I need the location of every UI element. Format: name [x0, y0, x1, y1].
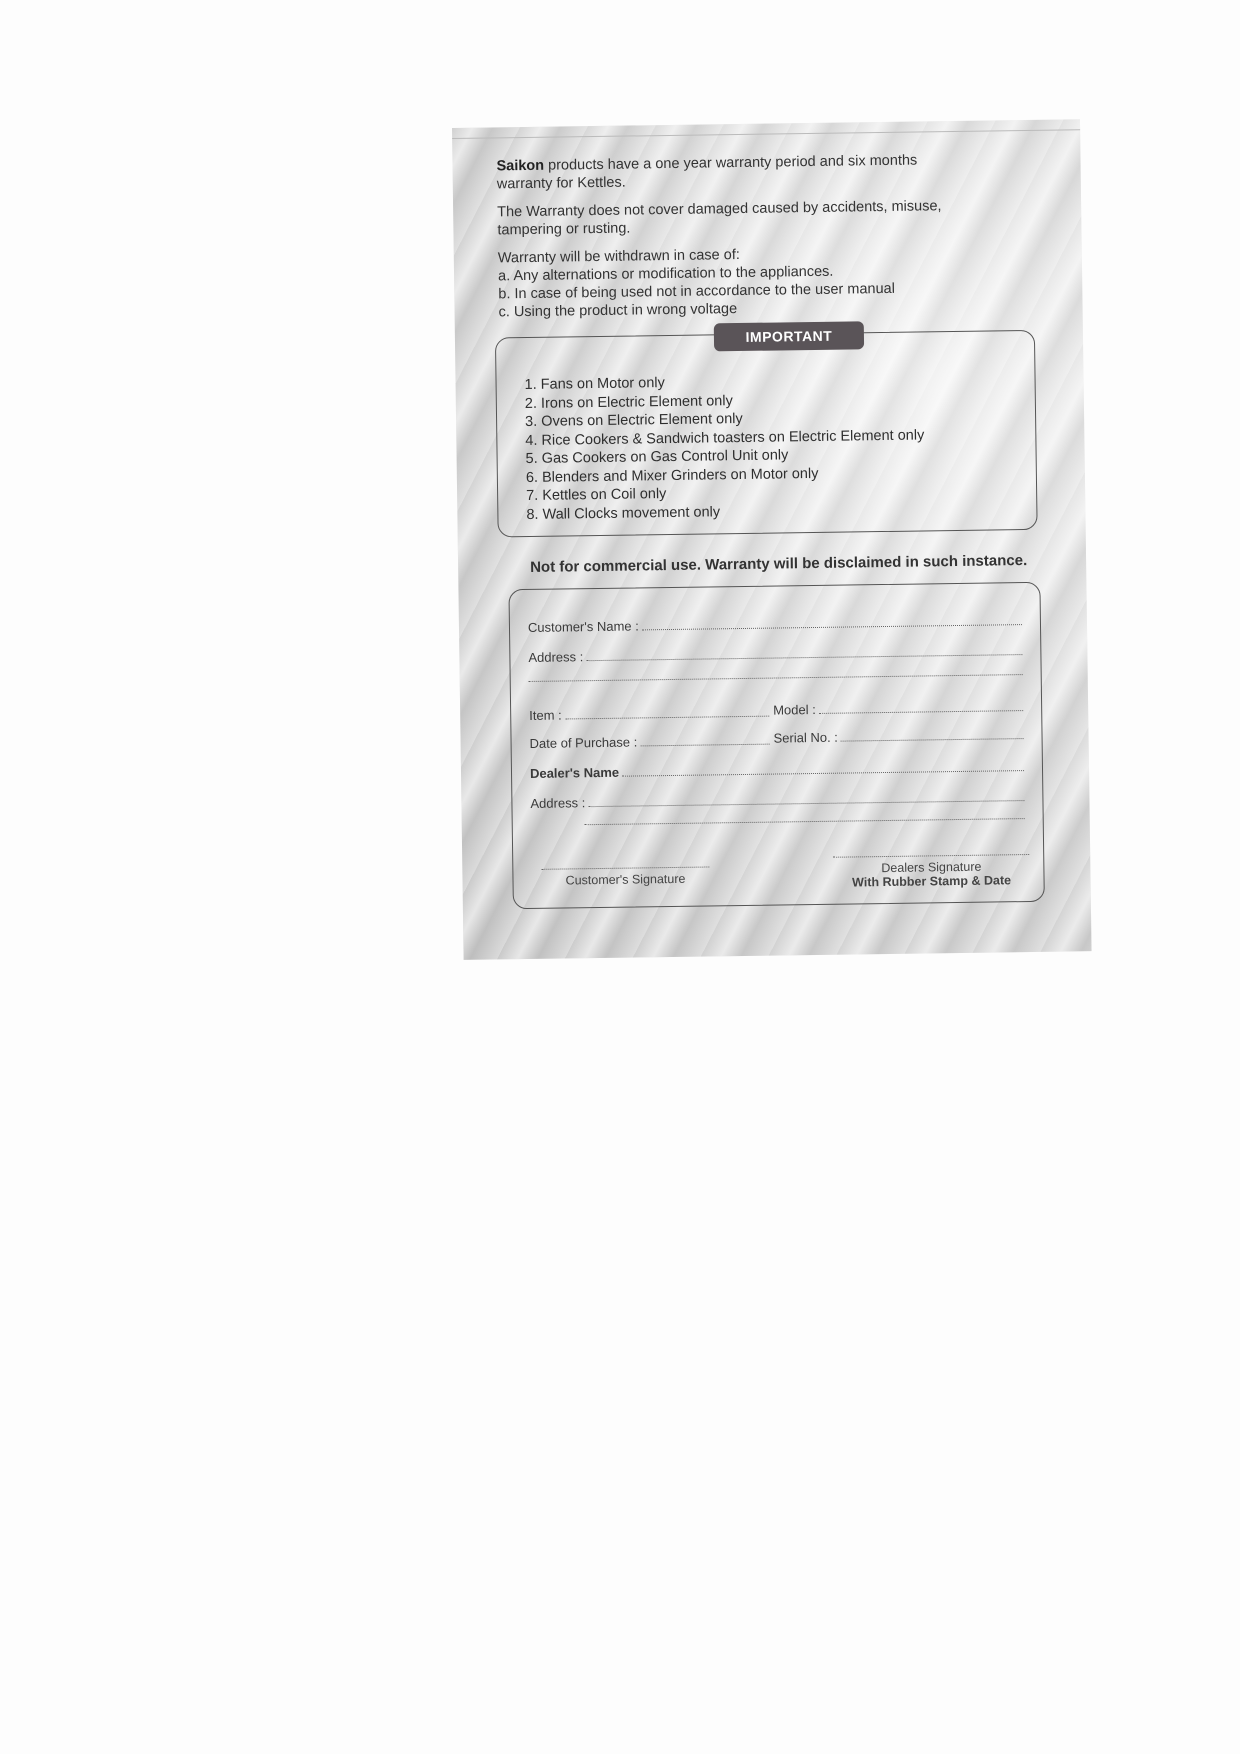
item-label: Item :: [529, 708, 562, 723]
card-top-edge: [452, 129, 1080, 139]
important-box: IMPORTANT 1. Fans on Motor only 2. Irons…: [495, 330, 1038, 538]
dealer-name-field[interactable]: Dealer's Name: [530, 759, 1024, 781]
withdrawn-section: Warranty will be withdrawn in case of: a…: [498, 244, 896, 322]
dealer-address-label: Address :: [530, 795, 585, 811]
model-field[interactable]: Model :: [773, 699, 1023, 717]
dealer-name-label: Dealer's Name: [530, 765, 619, 781]
dealer-address-input-line[interactable]: [588, 799, 1024, 807]
serial-no-field[interactable]: Serial No. :: [773, 727, 1023, 745]
customer-address-label: Address :: [528, 649, 583, 665]
dealer-signature-label: Dealers Signature With Rubber Stamp & Da…: [823, 859, 1039, 890]
customer-name-label: Customer's Name :: [528, 618, 639, 635]
important-badge: IMPORTANT: [714, 321, 864, 351]
dealer-signature-line[interactable]: [833, 853, 1029, 858]
dealer-address-field[interactable]: Address :: [530, 789, 1024, 811]
serial-no-label: Serial No. :: [773, 730, 838, 746]
customer-address-field[interactable]: Address :: [528, 643, 1022, 665]
customer-address-input-line-2[interactable]: [529, 673, 1023, 682]
exclusion-text: The Warranty does not cover damaged caus…: [497, 197, 942, 239]
warranty-period-text: Saikon products have a one year warranty…: [496, 152, 917, 194]
serial-no-input-line[interactable]: [841, 737, 1024, 742]
customer-signature-label: Customer's Signature: [541, 871, 709, 887]
dealer-name-input-line[interactable]: [622, 769, 1024, 777]
item-input-line[interactable]: [565, 715, 769, 720]
dealer-address-line-2[interactable]: [585, 817, 1025, 828]
important-list: 1. Fans on Motor only 2. Irons on Electr…: [524, 370, 925, 524]
brand-name: Saikon: [496, 158, 544, 175]
dealer-address-input-line-2[interactable]: [585, 817, 1025, 825]
customer-address-line-2[interactable]: [529, 673, 1023, 685]
model-label: Model :: [773, 702, 816, 718]
item-field[interactable]: Item :: [529, 705, 769, 723]
customer-name-input-line[interactable]: [642, 623, 1022, 630]
date-of-purchase-label: Date of Purchase :: [529, 734, 637, 751]
date-of-purchase-input-line[interactable]: [640, 743, 769, 747]
customer-name-field[interactable]: Customer's Name :: [528, 613, 1022, 635]
rubber-stamp-text: With Rubber Stamp & Date: [823, 873, 1039, 890]
model-input-line[interactable]: [819, 709, 1023, 714]
customer-signature-line[interactable]: [541, 865, 709, 869]
warranty-card: Saikon products have a one year warranty…: [452, 119, 1092, 960]
commercial-use-notice: Not for commercial use. Warranty will be…: [530, 552, 1027, 576]
date-of-purchase-field[interactable]: Date of Purchase :: [529, 733, 769, 751]
customer-form-box: Customer's Name : Address : Item : Model…: [508, 582, 1044, 909]
customer-address-input-line[interactable]: [586, 653, 1022, 661]
